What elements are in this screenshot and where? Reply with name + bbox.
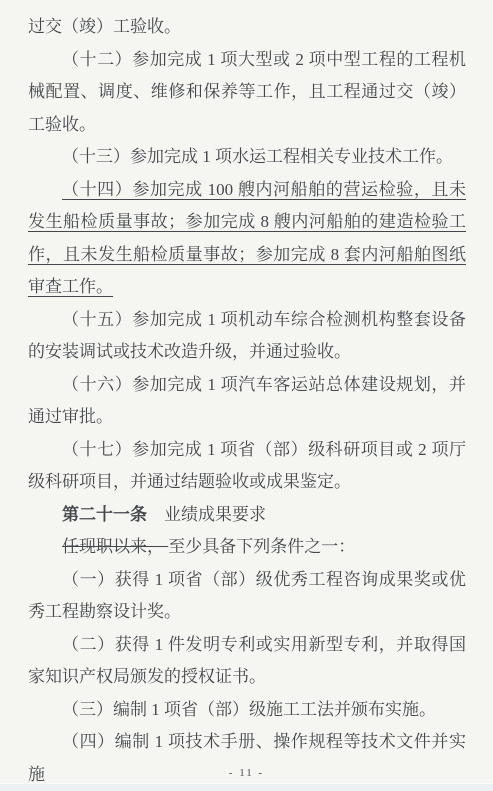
text-run: （三）编制 1 项省（部）级施工工法并颁布实施。 <box>62 700 436 719</box>
text-run: 业绩成果要求 <box>147 505 266 524</box>
text-run: （十六）参加完成 1 项汽车客运站总体建设规划，并通过审批。 <box>28 375 466 427</box>
deleted-struck-text: 任现职以来， <box>62 537 168 556</box>
paragraph: （四）编制 1 项技术手册、操作规程等技术文件并实施 <box>28 726 466 791</box>
paragraph: 第二十一条 业绩成果要求 <box>28 499 466 532</box>
text-run: （十三）参加完成 1 项水运工程相关专业技术工作。 <box>62 147 453 166</box>
inserted-underlined-text: （十四）参加完成 100 艘内河船舶的营运检验，且未发生船检质量事故；参加完成 … <box>28 180 466 297</box>
paragraph: （十三）参加完成 1 项水运工程相关专业技术工作。 <box>28 141 466 174</box>
document-body: 过交（竣）工验收。（十二）参加完成 1 项大型或 2 项中型工程的工程机械配置、… <box>28 11 466 791</box>
text-run: （十七）参加完成 1 项省（部）级科研项目或 2 项厅级科研项目，并通过结题验收… <box>28 440 466 492</box>
paragraph: （十二）参加完成 1 项大型或 2 项中型工程的工程机械配置、调度、维修和保养等… <box>28 44 466 142</box>
paragraph: 任现职以来， 至少具备下列条件之一： <box>28 531 466 564</box>
text-run: 过交（竣）工验收。 <box>28 17 181 36</box>
article-number-bold-text: 第二十一条 <box>62 505 147 524</box>
paragraph: （三）编制 1 项省（部）级施工工法并颁布实施。 <box>28 694 466 727</box>
page-number: - 11 - <box>0 767 493 779</box>
text-run: （十五）参加完成 1 项机动车综合检测机构整套设备的安装调试或技术改造升级，并通… <box>28 310 466 362</box>
paragraph: （十六）参加完成 1 项汽车客运站总体建设规划，并通过审批。 <box>28 369 466 434</box>
paragraph: （二）获得 1 件发明专利或实用新型专利，并取得国家知识产权局颁发的授权证书。 <box>28 629 466 694</box>
paragraph: （十四）参加完成 100 艘内河船舶的营运检验，且未发生船检质量事故；参加完成 … <box>28 174 466 304</box>
text-run: （二）获得 1 件发明专利或实用新型专利，并取得国家知识产权局颁发的授权证书。 <box>28 635 466 687</box>
text-run: （十二）参加完成 1 项大型或 2 项中型工程的工程机械配置、调度、维修和保养等… <box>28 50 466 134</box>
text-run: （一）获得 1 项省（部）级优秀工程咨询成果奖或优秀工程勘察设计奖。 <box>28 570 466 622</box>
paragraph: 过交（竣）工验收。 <box>28 11 466 44</box>
paragraph: （一）获得 1 项省（部）级优秀工程咨询成果奖或优秀工程勘察设计奖。 <box>28 564 466 629</box>
text-run: 至少具备下列条件之一： <box>168 537 355 556</box>
page-bottom-edge <box>0 783 493 791</box>
document-page: 过交（竣）工验收。（十二）参加完成 1 项大型或 2 项中型工程的工程机械配置、… <box>0 0 493 791</box>
paragraph: （十五）参加完成 1 项机动车综合检测机构整套设备的安装调试或技术改造升级，并通… <box>28 304 466 369</box>
paragraph: （十七）参加完成 1 项省（部）级科研项目或 2 项厅级科研项目，并通过结题验收… <box>28 434 466 499</box>
